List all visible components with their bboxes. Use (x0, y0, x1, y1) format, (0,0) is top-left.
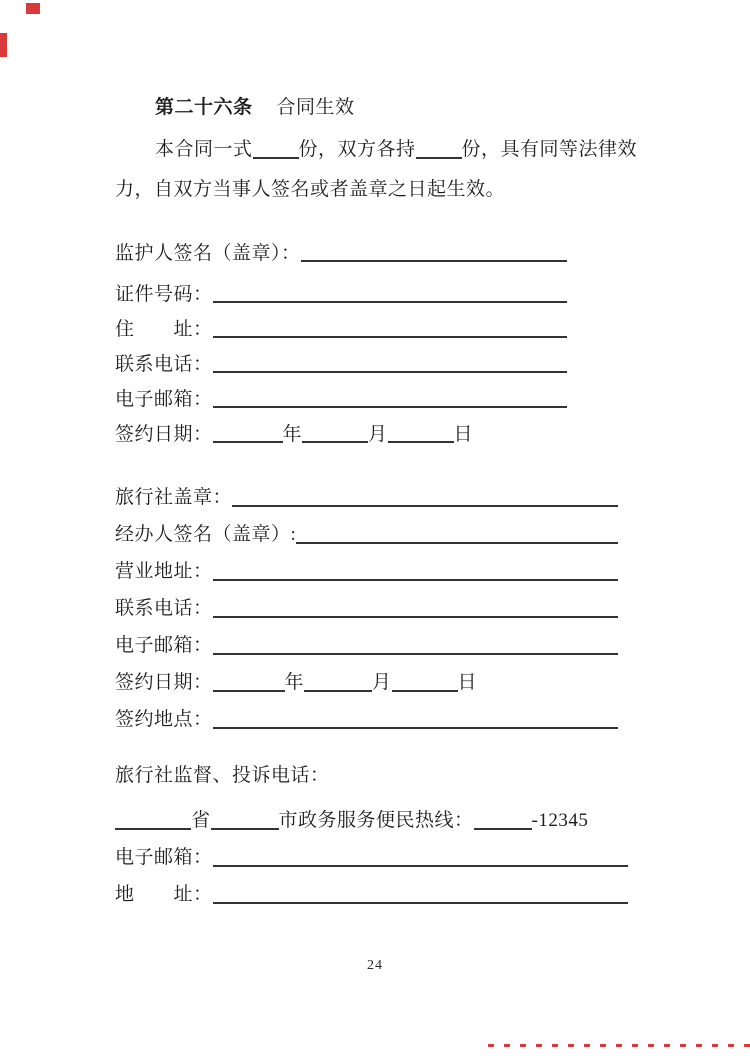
hotline-email-row: 电子邮箱： (115, 839, 628, 876)
guardian-phone-row: 联系电话： (115, 347, 567, 382)
guardian-block: 监护人签名（盖章）：证件号码：住 址：联系电话：电子邮箱：签约日期：年月日 (115, 236, 567, 452)
blank-line (474, 828, 532, 830)
blank-line (232, 505, 618, 507)
guardian-address-label: 住 址： (115, 312, 213, 347)
guardian-signing-date-text: 日 (454, 417, 474, 452)
guardian-signing-date-row: 签约日期：年月日 (115, 417, 567, 452)
agency-business-address-label: 营业地址： (115, 553, 213, 590)
guardian-phone-label: 联系电话： (115, 347, 213, 382)
body-text: 力，自双方当事人签名或者盖章之日起生效。 (115, 179, 505, 200)
body-text: 份，具有同等法律效 (462, 139, 638, 160)
agency-signing-date-text: 日 (458, 664, 478, 701)
form-blocks: 监护人签名（盖章）：证件号码：住 址：联系电话：电子邮箱：签约日期：年月日旅行社… (115, 236, 635, 913)
hotline-number-row: 省市政务服务便民热线：-12345 (115, 802, 628, 839)
article-number: 第二十六条 (155, 97, 253, 118)
page-number: 24 (0, 958, 750, 974)
article-body-line: 本合同一式份，双方各持份，具有同等法律效 (115, 130, 635, 170)
blank-line (213, 902, 628, 904)
blank-line (302, 441, 368, 443)
blank-line (211, 828, 279, 830)
hotline-block: 旅行社监督、投诉电话：省市政务服务便民热线：-12345电子邮箱：地 址： (115, 757, 628, 913)
agency-agent-signature-label: 经办人签名（盖章）: (115, 516, 296, 553)
agency-signing-date-text: 年 (285, 664, 305, 701)
article-title: 合同生效 (277, 97, 355, 118)
blank-line (388, 441, 454, 443)
hotline-number-text: -12345 (532, 802, 589, 839)
hotline-number-text: 省 (191, 802, 211, 839)
guardian-signing-date-label: 签约日期： (115, 417, 213, 452)
agency-signing-date-text: 月 (372, 664, 392, 701)
article-heading: 第二十六条合同生效 (155, 90, 635, 126)
guardian-signing-date-text: 年 (283, 417, 303, 452)
blank-line (304, 690, 372, 692)
guardian-signature-row: 监护人签名（盖章）： (115, 236, 567, 271)
agency-signing-date-row: 签约日期：年月日 (115, 664, 618, 701)
blank-line (296, 542, 618, 544)
blank-line (301, 260, 567, 262)
blank-line (213, 406, 567, 408)
blank-line (213, 579, 618, 581)
agency-signing-place-row: 签约地点： (115, 701, 618, 738)
agency-business-address-row: 营业地址： (115, 553, 618, 590)
agency-email-label: 电子邮箱： (115, 627, 213, 664)
body-text: 本合同一式 (155, 139, 253, 160)
agency-phone-label: 联系电话： (115, 590, 213, 627)
blank-line (213, 441, 283, 443)
red-mark-left-edge (0, 33, 7, 57)
contract-page: 第二十六条合同生效 本合同一式份，双方各持份，具有同等法律效力，自双方当事人签名… (0, 0, 750, 1061)
blank-line (392, 690, 458, 692)
guardian-email-row: 电子邮箱： (115, 382, 567, 417)
hotline-email-label: 电子邮箱： (115, 839, 213, 876)
red-dashed-line-bottom (488, 1044, 750, 1047)
agency-seal-row: 旅行社盖章： (115, 479, 618, 516)
article-body-line: 力，自双方当事人签名或者盖章之日起生效。 (115, 170, 635, 210)
blank-line (213, 616, 618, 618)
blank-line (213, 301, 567, 303)
red-mark-top-left (26, 3, 40, 14)
agency-agent-signature-row: 经办人签名（盖章）: (115, 516, 618, 553)
blank-line (213, 865, 628, 867)
guardian-email-label: 电子邮箱： (115, 382, 213, 417)
body-text: 份，双方各持 (299, 139, 416, 160)
blank-line (213, 653, 618, 655)
blank-line (213, 727, 618, 729)
hotline-address-row: 地 址： (115, 876, 628, 913)
agency-seal-label: 旅行社盖章： (115, 479, 232, 516)
article-body: 本合同一式份，双方各持份，具有同等法律效力，自双方当事人签名或者盖章之日起生效。 (115, 130, 635, 210)
agency-phone-row: 联系电话： (115, 590, 618, 627)
agency-email-row: 电子邮箱： (115, 627, 618, 664)
guardian-address-row: 住 址： (115, 312, 567, 347)
hotline-number-text: 市政务服务便民热线： (279, 802, 474, 839)
hotline-address-label: 地 址： (115, 876, 213, 913)
guardian-id-number-row: 证件号码： (115, 277, 567, 312)
blank-line (213, 690, 285, 692)
blank-line (115, 828, 191, 830)
guardian-signing-date-text: 月 (368, 417, 388, 452)
blank-line (253, 157, 299, 159)
blank-line (416, 157, 462, 159)
guardian-signature-label: 监护人签名（盖章）： (115, 236, 301, 271)
hotline-title-row: 旅行社监督、投诉电话： (115, 757, 628, 794)
agency-signing-date-label: 签约日期： (115, 664, 213, 701)
hotline-title-label: 旅行社监督、投诉电话： (115, 757, 330, 794)
guardian-id-number-label: 证件号码： (115, 277, 213, 312)
agency-signing-place-label: 签约地点： (115, 701, 213, 738)
blank-line (213, 371, 567, 373)
agency-block: 旅行社盖章：经办人签名（盖章）:营业地址：联系电话：电子邮箱：签约日期：年月日签… (115, 479, 618, 738)
blank-line (213, 336, 567, 338)
